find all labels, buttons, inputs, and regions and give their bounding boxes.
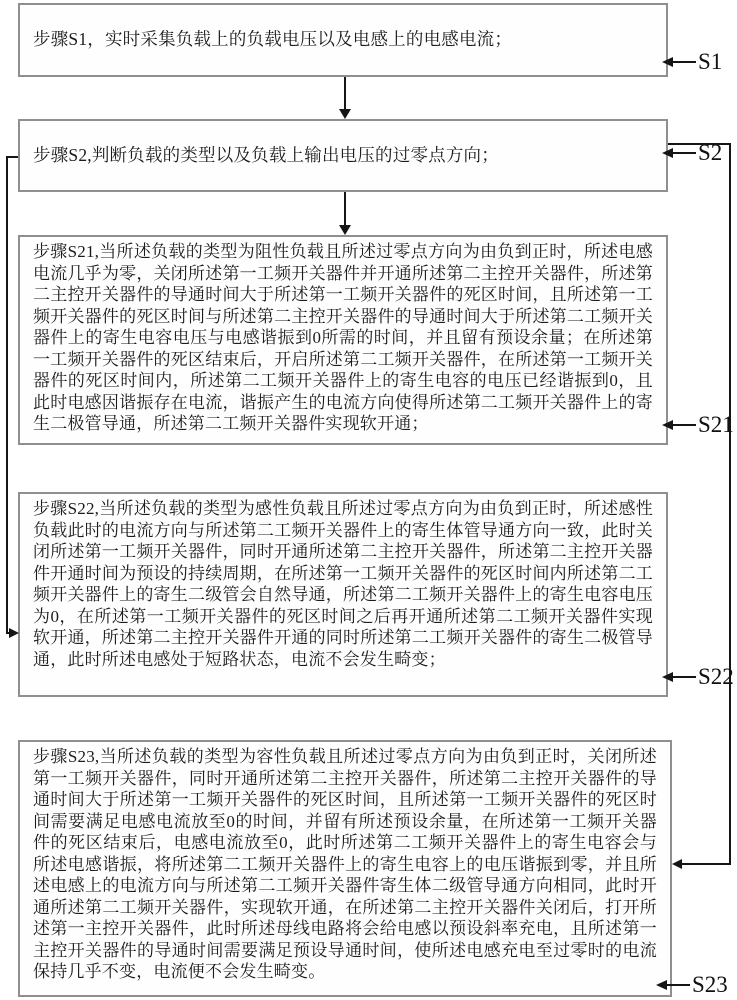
- ref-arrow-shaft: [673, 61, 696, 63]
- step-s21-text: 步骤S21,当所述负载的类型为阻性负载且所述过零点方向为由负到正时，所述电感电流…: [20, 237, 666, 439]
- arrow-shaft: [344, 192, 346, 226]
- left-arrowhead-icon: [662, 148, 673, 158]
- ref-label-s22: S22: [662, 664, 734, 690]
- left-arrowhead-icon: [662, 672, 673, 682]
- left-arrowhead-icon: [672, 859, 682, 869]
- ref-text-s1: S1: [696, 49, 722, 75]
- ref-text-s21: S21: [696, 412, 734, 438]
- step-box-s2: 步骤S2,判断负载的类型以及负载上输出电压的过零点方向；: [18, 119, 668, 192]
- flowchart-figure: 步骤S1，实时采集负载上的负载电压以及电感上的电感电流； 步骤S2,判断负载的类…: [0, 0, 737, 1000]
- ref-label-s2: S2: [662, 140, 722, 166]
- step-box-s21: 步骤S21,当所述负载的类型为阻性负载且所述过零点方向为由负到正时，所述电感电流…: [18, 235, 668, 445]
- ref-text-s22: S22: [696, 664, 734, 690]
- ref-arrow-shaft: [673, 152, 696, 154]
- connector-segment: [6, 156, 8, 634]
- step-s23-text: 步骤S23,当所述负载的类型为容性负载且所述过零点方向为由负到正时，关闭所述第一…: [20, 742, 670, 987]
- left-arrowhead-icon: [662, 420, 673, 430]
- ref-label-s1: S1: [662, 49, 722, 75]
- step-s2-text: 步骤S2,判断负载的类型以及负载上输出电压的过零点方向；: [20, 145, 512, 167]
- step-box-s23: 步骤S23,当所述负载的类型为容性负载且所述过零点方向为由负到正时，关闭所述第一…: [18, 740, 672, 997]
- down-arrowhead-icon: [339, 225, 351, 235]
- left-arrowhead-icon: [662, 57, 673, 67]
- left-arrowhead-icon: [656, 980, 667, 990]
- step-box-s22: 步骤S22,当所述负载的类型为感性负载且所述过零点方向为由负到正时，所述感性负载…: [18, 492, 668, 697]
- connector-segment: [681, 863, 730, 865]
- ref-label-s23: S23: [656, 972, 728, 998]
- arrow-shaft: [344, 77, 346, 110]
- ref-text-s2: S2: [696, 140, 722, 166]
- ref-arrow-shaft: [673, 424, 696, 426]
- ref-text-s23: S23: [690, 972, 728, 998]
- step-s22-text: 步骤S22,当所述负载的类型为感性负载且所述过零点方向为由负到正时，所述感性负载…: [20, 494, 666, 674]
- ref-label-s21: S21: [662, 412, 734, 438]
- ref-arrow-shaft: [667, 984, 690, 986]
- right-arrowhead-icon: [9, 628, 19, 638]
- ref-arrow-shaft: [673, 676, 696, 678]
- down-arrowhead-icon: [339, 109, 351, 119]
- connector-segment: [729, 143, 731, 865]
- step-box-s1: 步骤S1，实时采集负载上的负载电压以及电感上的电感电流；: [18, 3, 668, 77]
- step-s1-text: 步骤S1，实时采集负载上的负载电压以及电感上的电感电流；: [20, 29, 525, 51]
